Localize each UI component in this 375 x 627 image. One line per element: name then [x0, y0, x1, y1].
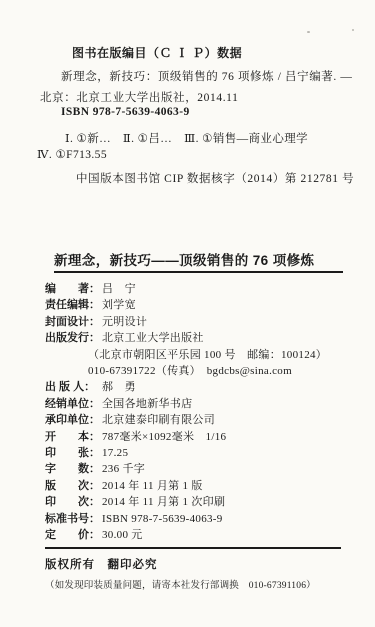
row-value: 北京建泰印刷有限公司: [102, 414, 215, 426]
row-label: 编 著：: [45, 281, 102, 297]
colophon-row-printing: 印 次：2014 年 11 月第 1 次印刷: [45, 494, 355, 510]
colophon-row-price: 定 价：30.00 元: [45, 527, 355, 543]
row-value: 30.00 元: [102, 529, 143, 541]
colophon-row-publisher-person: 出 版 人：郝 勇: [45, 379, 355, 395]
cip-record-number: 中国版本图书馆 CIP 数据核字（2014）第 212781 号: [76, 170, 354, 186]
cip-header: 图书在版编目（Ｃ Ｉ Ｐ）数据: [72, 44, 242, 61]
book-copyright-page: 图书在版编目（Ｃ Ｉ Ｐ）数据 新理念，新技巧：顶级销售的 76 项修炼 / 吕…: [0, 0, 375, 627]
row-value: 2014 年 11 月第 1 次印刷: [102, 496, 225, 508]
cip-classification-line-2: Ⅳ. ①F713.55: [37, 147, 107, 161]
row-label: 开 本：: [45, 429, 102, 445]
title-divider: [54, 271, 343, 273]
row-value: 吕 宁: [102, 283, 136, 295]
colophon-row-distributor: 经销单位：全国各地新华书店: [45, 396, 355, 412]
row-label: 定 价：: [45, 527, 102, 543]
copyright-notice: 版权所有 翻印必究: [45, 556, 158, 572]
bottom-divider: [45, 547, 341, 549]
row-value: 郝 勇: [102, 381, 136, 393]
colophon-row-format: 开 本：787毫米×1092毫米 1/16: [45, 429, 355, 445]
row-value: 刘学宽: [102, 299, 136, 311]
cip-entry-line-2: 北京：北京工业大学出版社，2014.11: [40, 89, 238, 105]
colophon-row-cover-design: 封面设计：元明设计: [45, 314, 355, 330]
row-label: 责任编辑：: [45, 297, 102, 313]
colophon-row-isbn: 标准书号：ISBN 978-7-5639-4063-9: [45, 511, 355, 527]
row-value: 236 千字: [102, 463, 145, 475]
row-value: ISBN 978-7-5639-4063-9: [102, 513, 223, 525]
row-label: 出 版 人：: [45, 379, 102, 395]
row-label: 印 次：: [45, 494, 102, 510]
row-label: 承印单位：: [45, 412, 102, 428]
row-label: 经销单位：: [45, 396, 102, 412]
colophon-row-word-count: 字 数：236 千字: [45, 461, 355, 477]
colophon-row-printer: 承印单位：北京建泰印刷有限公司: [45, 412, 355, 428]
colophon-row-publisher-contact: 010-67391722（传真） bgdcbs@sina.com: [45, 363, 355, 379]
row-label: 版 次：: [45, 478, 102, 494]
row-label: 标准书号：: [45, 511, 102, 527]
colophon-row-publisher: 出版发行：北京工业大学出版社: [45, 330, 355, 346]
colophon-row-editor: 责任编辑：刘学宽: [45, 297, 355, 313]
cip-isbn: ISBN 978-7-5639-4063-9: [61, 106, 190, 118]
scan-speck: [307, 31, 310, 33]
quality-exchange-note: （如发现印装质量问题，请寄本社发行部调换 010-67391106）: [45, 577, 316, 591]
scan-speck: [352, 29, 354, 31]
row-label: 印 张：: [45, 445, 102, 461]
cip-entry-line-1: 新理念，新技巧：顶级销售的 76 项修炼 / 吕宁编著. —: [61, 68, 352, 84]
colophon-row-edition: 版 次：2014 年 11 月第 1 版: [45, 478, 355, 494]
colophon-row-author: 编 著：吕 宁: [45, 281, 355, 297]
row-label: 封面设计：: [45, 314, 102, 330]
cip-classification-line-1: Ⅰ. ①新… Ⅱ. ①吕… Ⅲ. ①销售—商业心理学: [65, 130, 308, 146]
book-title: 新理念，新技巧——顶级销售的 76 项修炼: [54, 249, 314, 269]
row-value: 元明设计: [102, 316, 147, 328]
row-label: 出版发行：: [45, 330, 102, 346]
row-value: （北京市朝阳区平乐园 100 号 邮编：100124）: [88, 349, 327, 361]
colophon-row-publisher-address: （北京市朝阳区平乐园 100 号 邮编：100124）: [45, 347, 355, 363]
colophon-row-sheets: 印 张：17.25: [45, 445, 355, 461]
row-value: 2014 年 11 月第 1 版: [102, 480, 203, 492]
row-value: 787毫米×1092毫米 1/16: [102, 431, 226, 443]
row-value: 17.25: [102, 447, 128, 459]
row-value: 北京工业大学出版社: [102, 332, 204, 344]
row-label: 字 数：: [45, 461, 102, 477]
row-value: 010-67391722（传真） bgdcbs@sina.com: [88, 365, 292, 377]
row-value: 全国各地新华书店: [102, 398, 192, 410]
colophon-rows: 编 著：吕 宁 责任编辑：刘学宽 封面设计：元明设计 出版发行：北京工业大学出版…: [45, 281, 355, 544]
